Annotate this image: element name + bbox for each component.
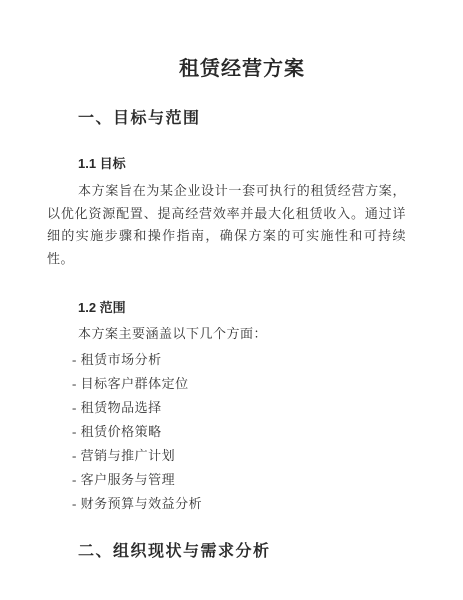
paragraph-scope-intro: 本方案主要涵盖以下几个方面：	[47, 323, 406, 346]
document-page: 租赁经营方案 一、目标与范围 1.1 目标 本方案旨在为某企业设计一套可执行的租…	[0, 0, 463, 600]
subsection-heading-scope: 1.2 范围	[47, 301, 406, 315]
scope-list: - 租赁市场分析 - 目标客户群体定位 - 租赁物品选择 - 租赁价格策略 - …	[47, 348, 406, 516]
list-item: - 租赁物品选择	[47, 396, 406, 420]
document-title: 租赁经营方案	[47, 58, 406, 80]
list-item: - 目标客户群体定位	[47, 372, 406, 396]
section-heading-org-analysis: 二、组织现状与需求分析	[47, 543, 406, 560]
list-item: - 租赁市场分析	[47, 348, 406, 372]
list-item: - 营销与推广计划	[47, 444, 406, 468]
list-item: - 财务预算与效益分析	[47, 492, 406, 516]
section-heading-goals-scope: 一、目标与范围	[47, 110, 406, 127]
list-item: - 租赁价格策略	[47, 420, 406, 444]
paragraph-objective: 本方案旨在为某企业设计一套可执行的租赁经营方案，以优化资源配置、提高经营效率并最…	[47, 180, 406, 270]
subsection-heading-objective: 1.1 目标	[47, 157, 406, 171]
list-item: - 客户服务与管理	[47, 468, 406, 492]
